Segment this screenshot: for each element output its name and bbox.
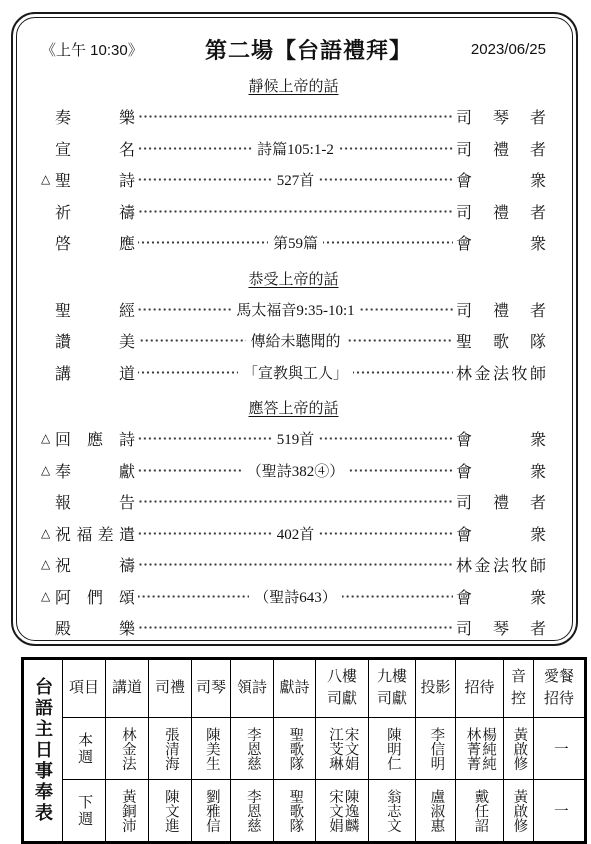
item-label: 聖經 — [55, 298, 135, 321]
item-detail: （聖詩643） — [249, 586, 342, 607]
item-party: 會衆 — [456, 168, 546, 191]
duty-cell: 楊純純 林菁菁 — [456, 718, 504, 780]
column-header: 講道 — [106, 659, 149, 718]
column-header: 領詩 — [231, 659, 274, 718]
item-party: 林金法牧師 — [456, 361, 546, 384]
liturgy-order: 靜候上帝的話奏樂司琴者宣名詩篇105:1-2司禮者△聖詩527首會衆祈禱司禮者啓… — [41, 75, 546, 641]
column-header: 愛餐 招待 — [534, 659, 586, 718]
liturgy-row: △聖詩527首會衆 — [41, 164, 546, 196]
item-label: 祝禱 — [55, 553, 135, 576]
item-party: 司禮者 — [456, 200, 546, 223]
column-header: 招待 — [456, 659, 504, 718]
item-label: 啓應 — [55, 231, 135, 254]
leader-area: （聖詩643） — [135, 586, 456, 607]
item-detail: 第59篇 — [268, 232, 323, 253]
liturgy-row: 殿樂司琴者 — [41, 612, 546, 641]
page-title: 第二場【台語禮拜】 — [181, 34, 436, 65]
item-label: 聖詩 — [55, 168, 135, 191]
dot-leader — [349, 469, 453, 472]
item-party: 林金法牧師 — [456, 553, 546, 576]
liturgy-row: 啓應第59篇會衆 — [41, 227, 546, 259]
duty-cell: 陳逸麟 宋文娟 — [316, 780, 369, 843]
duty-cell: 林金法 — [106, 718, 149, 780]
row-label: 本週 — [63, 718, 106, 780]
dot-leader — [138, 626, 453, 629]
duty-cell: 陳明仁 — [369, 718, 416, 780]
column-header: 八樓 司獻 — [316, 659, 369, 718]
duty-cell: 戴任詔 — [456, 780, 504, 843]
stand-marker: △ — [41, 557, 55, 572]
dot-leader — [138, 371, 238, 374]
item-label: 殿樂 — [55, 616, 135, 639]
dot-leader — [339, 147, 453, 150]
dot-leader — [138, 469, 242, 472]
item-label: 讚美 — [55, 329, 135, 352]
liturgy-row: 報告司禮者 — [41, 486, 546, 518]
leader-area: 第59篇 — [135, 232, 456, 253]
leader-area: 馬太福音9:35-10:1 — [135, 299, 456, 320]
page: { "header": { "time": "《上午 10:30》", "tit… — [0, 0, 591, 836]
item-label: 奏樂 — [55, 105, 135, 128]
item-detail: 402首 — [272, 523, 320, 544]
leader-area — [135, 500, 456, 503]
duty-table: 台語主日事奉表項目講道司禮司琴領詩獻詩八樓 司獻九樓 司獻投影招待音控愛餐 招待… — [21, 657, 587, 844]
duty-cell: 張清海 — [149, 718, 192, 780]
item-detail: 519首 — [272, 428, 320, 449]
liturgy-row: 講道「宣教與工人」林金法牧師 — [41, 357, 546, 389]
duty-roster: 台語主日事奉表項目講道司禮司琴領詩獻詩八樓 司獻九樓 司獻投影招待音控愛餐 招待… — [21, 657, 587, 844]
item-detail: 527首 — [272, 169, 320, 190]
dot-leader — [138, 563, 453, 566]
liturgy-row: 祈禱司禮者 — [41, 196, 546, 228]
item-label: 阿們頌 — [55, 585, 135, 608]
program-box: 《上午 10:30》 第二場【台語禮拜】 2023/06/25 靜候上帝的話奏樂… — [11, 12, 578, 646]
leader-area — [135, 626, 456, 629]
column-header: 司琴 — [192, 659, 231, 718]
service-date: 2023/06/25 — [436, 41, 546, 58]
duty-cell: 黃啟修 — [504, 718, 534, 780]
dot-leader — [319, 532, 453, 535]
leader-area: 402首 — [135, 523, 456, 544]
duty-cell: 盧淑惠 — [416, 780, 456, 843]
dot-leader — [360, 308, 453, 311]
duty-cell: 陳美生 — [192, 718, 231, 780]
table-side-title: 台語主日事奉表 — [23, 659, 63, 843]
item-party: 司琴者 — [456, 105, 546, 128]
duty-cell: 翁志文 — [369, 780, 416, 843]
leader-area: 詩篇105:1-2 — [135, 138, 456, 159]
section-heading: 恭受上帝的話 — [41, 268, 546, 289]
item-label: 回應詩 — [55, 427, 135, 450]
item-detail: 傳給未聽聞的 — [246, 330, 346, 351]
liturgy-row: △奉獻（聖詩382④）會衆 — [41, 455, 546, 487]
column-header: 獻詩 — [274, 659, 316, 718]
program-box-inner: 《上午 10:30》 第二場【台語禮拜】 2023/06/25 靜候上帝的話奏樂… — [16, 17, 573, 641]
duty-cell: 聖歌隊 — [274, 718, 316, 780]
duty-cell: 李信明 — [416, 718, 456, 780]
leader-area: 「宣教與工人」 — [135, 362, 456, 383]
dot-leader — [138, 210, 453, 213]
dot-leader — [138, 532, 272, 535]
leader-area — [135, 563, 456, 566]
dot-leader — [342, 595, 453, 598]
column-header: 投影 — [416, 659, 456, 718]
column-header: 九樓 司獻 — [369, 659, 416, 718]
duty-cell: 一 — [534, 718, 586, 780]
dot-leader — [319, 437, 453, 440]
liturgy-row: 宣名詩篇105:1-2司禮者 — [41, 133, 546, 165]
item-label: 祝福差遣 — [55, 522, 135, 545]
duty-cell: 李恩慈 — [231, 780, 274, 843]
duty-cell: 黃啟修 — [504, 780, 534, 843]
item-label: 講道 — [55, 361, 135, 384]
dot-leader — [138, 437, 272, 440]
leader-area — [135, 115, 456, 118]
leader-area: 傳給未聽聞的 — [135, 330, 456, 351]
item-detail: （聖詩382④） — [242, 460, 350, 481]
stand-marker: △ — [41, 526, 55, 541]
duty-cell: 陳文進 — [149, 780, 192, 843]
dot-leader — [138, 147, 252, 150]
duty-cell: 一 — [534, 780, 586, 843]
liturgy-row: 讚美傳給未聽聞的聖歌隊 — [41, 325, 546, 357]
item-label: 報告 — [55, 490, 135, 513]
stand-marker: △ — [41, 589, 55, 604]
item-detail: 馬太福音9:35-10:1 — [231, 299, 359, 320]
program-header: 《上午 10:30》 第二場【台語禮拜】 2023/06/25 — [41, 34, 546, 65]
item-party: 聖歌隊 — [456, 329, 546, 352]
item-party: 司琴者 — [456, 616, 546, 639]
column-header: 項目 — [63, 659, 106, 718]
item-label: 宣名 — [55, 137, 135, 160]
item-party: 會衆 — [456, 427, 546, 450]
column-header: 司禮 — [149, 659, 192, 718]
item-party: 司禮者 — [456, 137, 546, 160]
liturgy-row: △阿們頌（聖詩643）會衆 — [41, 581, 546, 613]
leader-area: 519首 — [135, 428, 456, 449]
item-detail: 「宣教與工人」 — [238, 362, 353, 383]
item-party: 會衆 — [456, 522, 546, 545]
dot-leader — [346, 339, 454, 342]
dot-leader — [138, 178, 272, 181]
dot-leader — [353, 371, 453, 374]
table-row: 下週黃銅沛陳文進劉雅信李恩慈聖歌隊陳逸麟 宋文娟翁志文盧淑惠戴任詔黃啟修一 — [23, 780, 586, 843]
dot-leader — [138, 500, 453, 503]
dot-leader — [138, 595, 249, 598]
column-header: 音控 — [504, 659, 534, 718]
duty-cell: 黃銅沛 — [106, 780, 149, 843]
item-detail: 詩篇105:1-2 — [252, 138, 339, 159]
leader-area: 527首 — [135, 169, 456, 190]
item-party: 會衆 — [456, 231, 546, 254]
table-header-row: 台語主日事奉表項目講道司禮司琴領詩獻詩八樓 司獻九樓 司獻投影招待音控愛餐 招待 — [23, 659, 586, 718]
duty-cell: 宋文娟 江芠琳 — [316, 718, 369, 780]
section-heading: 靜候上帝的話 — [41, 75, 546, 96]
liturgy-row: 聖經馬太福音9:35-10:1司禮者 — [41, 294, 546, 326]
item-label: 奉獻 — [55, 459, 135, 482]
item-party: 會衆 — [456, 585, 546, 608]
section-heading: 應答上帝的話 — [41, 397, 546, 418]
dot-leader — [138, 339, 246, 342]
dot-leader — [138, 308, 231, 311]
stand-marker: △ — [41, 463, 55, 478]
item-party: 會衆 — [456, 459, 546, 482]
row-label: 下週 — [63, 780, 106, 843]
dot-leader — [138, 115, 453, 118]
item-party: 司禮者 — [456, 298, 546, 321]
service-time: 《上午 10:30》 — [41, 39, 181, 60]
stand-marker: △ — [41, 172, 55, 187]
duty-cell: 李恩慈 — [231, 718, 274, 780]
liturgy-row: △回應詩519首會衆 — [41, 423, 546, 455]
liturgy-row: △祝福差遣402首會衆 — [41, 518, 546, 550]
duty-cell: 聖歌隊 — [274, 780, 316, 843]
dot-leader — [319, 178, 453, 181]
stand-marker: △ — [41, 431, 55, 446]
dot-leader — [138, 241, 268, 244]
item-party: 司禮者 — [456, 490, 546, 513]
table-row: 本週林金法張清海陳美生李恩慈聖歌隊宋文娟 江芠琳陳明仁李信明楊純純 林菁菁黃啟修… — [23, 718, 586, 780]
liturgy-row: △祝禱林金法牧師 — [41, 549, 546, 581]
liturgy-row: 奏樂司琴者 — [41, 101, 546, 133]
item-label: 祈禱 — [55, 200, 135, 223]
dot-leader — [323, 241, 453, 244]
duty-cell: 劉雅信 — [192, 780, 231, 843]
leader-area — [135, 210, 456, 213]
leader-area: （聖詩382④） — [135, 460, 456, 481]
